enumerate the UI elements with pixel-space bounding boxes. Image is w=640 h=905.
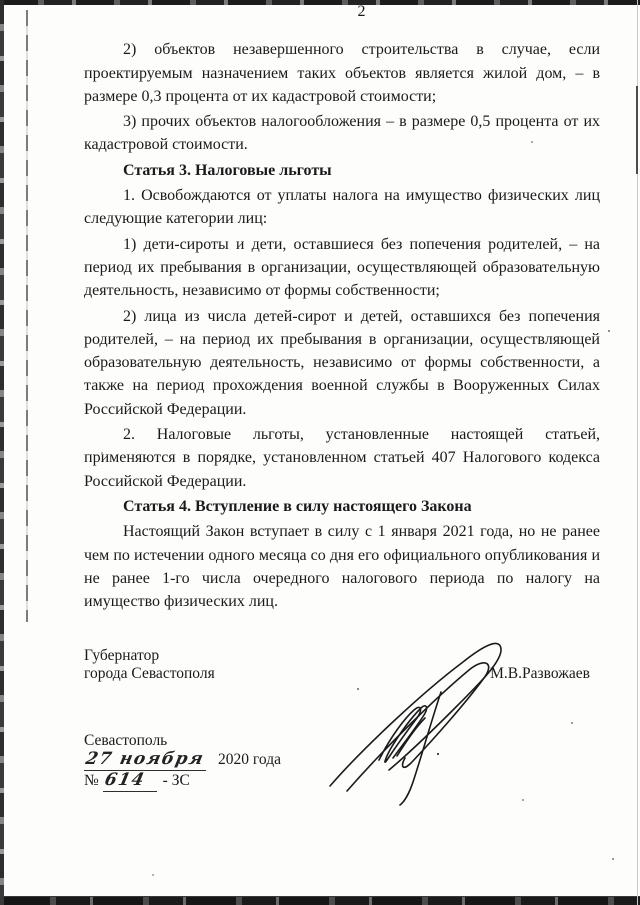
printed-year-label: 2020 года [218,751,281,768]
footer-city-label: Севастополь [84,732,600,750]
scan-artifact-right-dark-segment [636,86,638,174]
article-4-heading: Статья 4. Вступление в силу настоящего З… [84,495,600,518]
scanned-page: 2 2) объектов незавершенного строительст… [0,0,640,905]
signer-title-line2: города Севастополя [84,665,215,682]
paragraph-benefits-procedure: 2. Налоговые льготы, установленные насто… [84,423,600,493]
handwritten-date: 27 ноября [84,750,206,768]
signer-title: Губернатор города Севастополя [84,647,215,682]
footer-number-line: № 614- ЗС [84,771,600,792]
document-content: 2 2) объектов незавершенного строительст… [0,0,640,792]
paragraph-item-3-other-objects: 3) прочих объектов налогообложения – в р… [84,110,600,157]
scan-artifact-bottom-edge [0,896,640,905]
scan-artifact-speckles [0,0,2,2]
signature-row: Губернатор города Севастополя М.В.Развож… [84,647,600,682]
paragraph-category-orphan-children: 1) дети-сироты и дети, оставшиеся без по… [84,233,600,303]
number-underline: 614 [103,771,157,792]
paragraph-entry-into-force: Настоящий Закон вступает в силу с 1 янва… [84,520,600,613]
scan-artifact-top-edge [0,0,640,5]
paragraph-item-2-unfinished-construction: 2) объектов незавершенного строительства… [84,38,600,108]
number-suffix-label: - ЗС [163,772,190,789]
article-3-heading: Статья 3. Налоговые льготы [84,159,600,182]
scan-artifact-fold-line [26,10,28,622]
paragraph-category-persons-from-orphans: 2) лица из числа детей-сирот и детей, ос… [84,305,600,421]
scan-artifact-left-edge [0,0,4,905]
footer-block: Севастополь 27 ноября2020 года № 614- ЗС [84,732,600,792]
numero-sign: № [84,772,99,789]
paragraph-exemption-intro: 1. Освобождаются от уплаты налога на иму… [84,184,600,231]
footer-date-line: 27 ноября2020 года [84,750,600,771]
signer-title-line1: Губернатор [84,647,215,664]
signer-name: М.В.Развожаев [490,665,590,682]
handwritten-number: 614 [103,771,147,789]
date-underline: 27 ноября [84,750,206,771]
